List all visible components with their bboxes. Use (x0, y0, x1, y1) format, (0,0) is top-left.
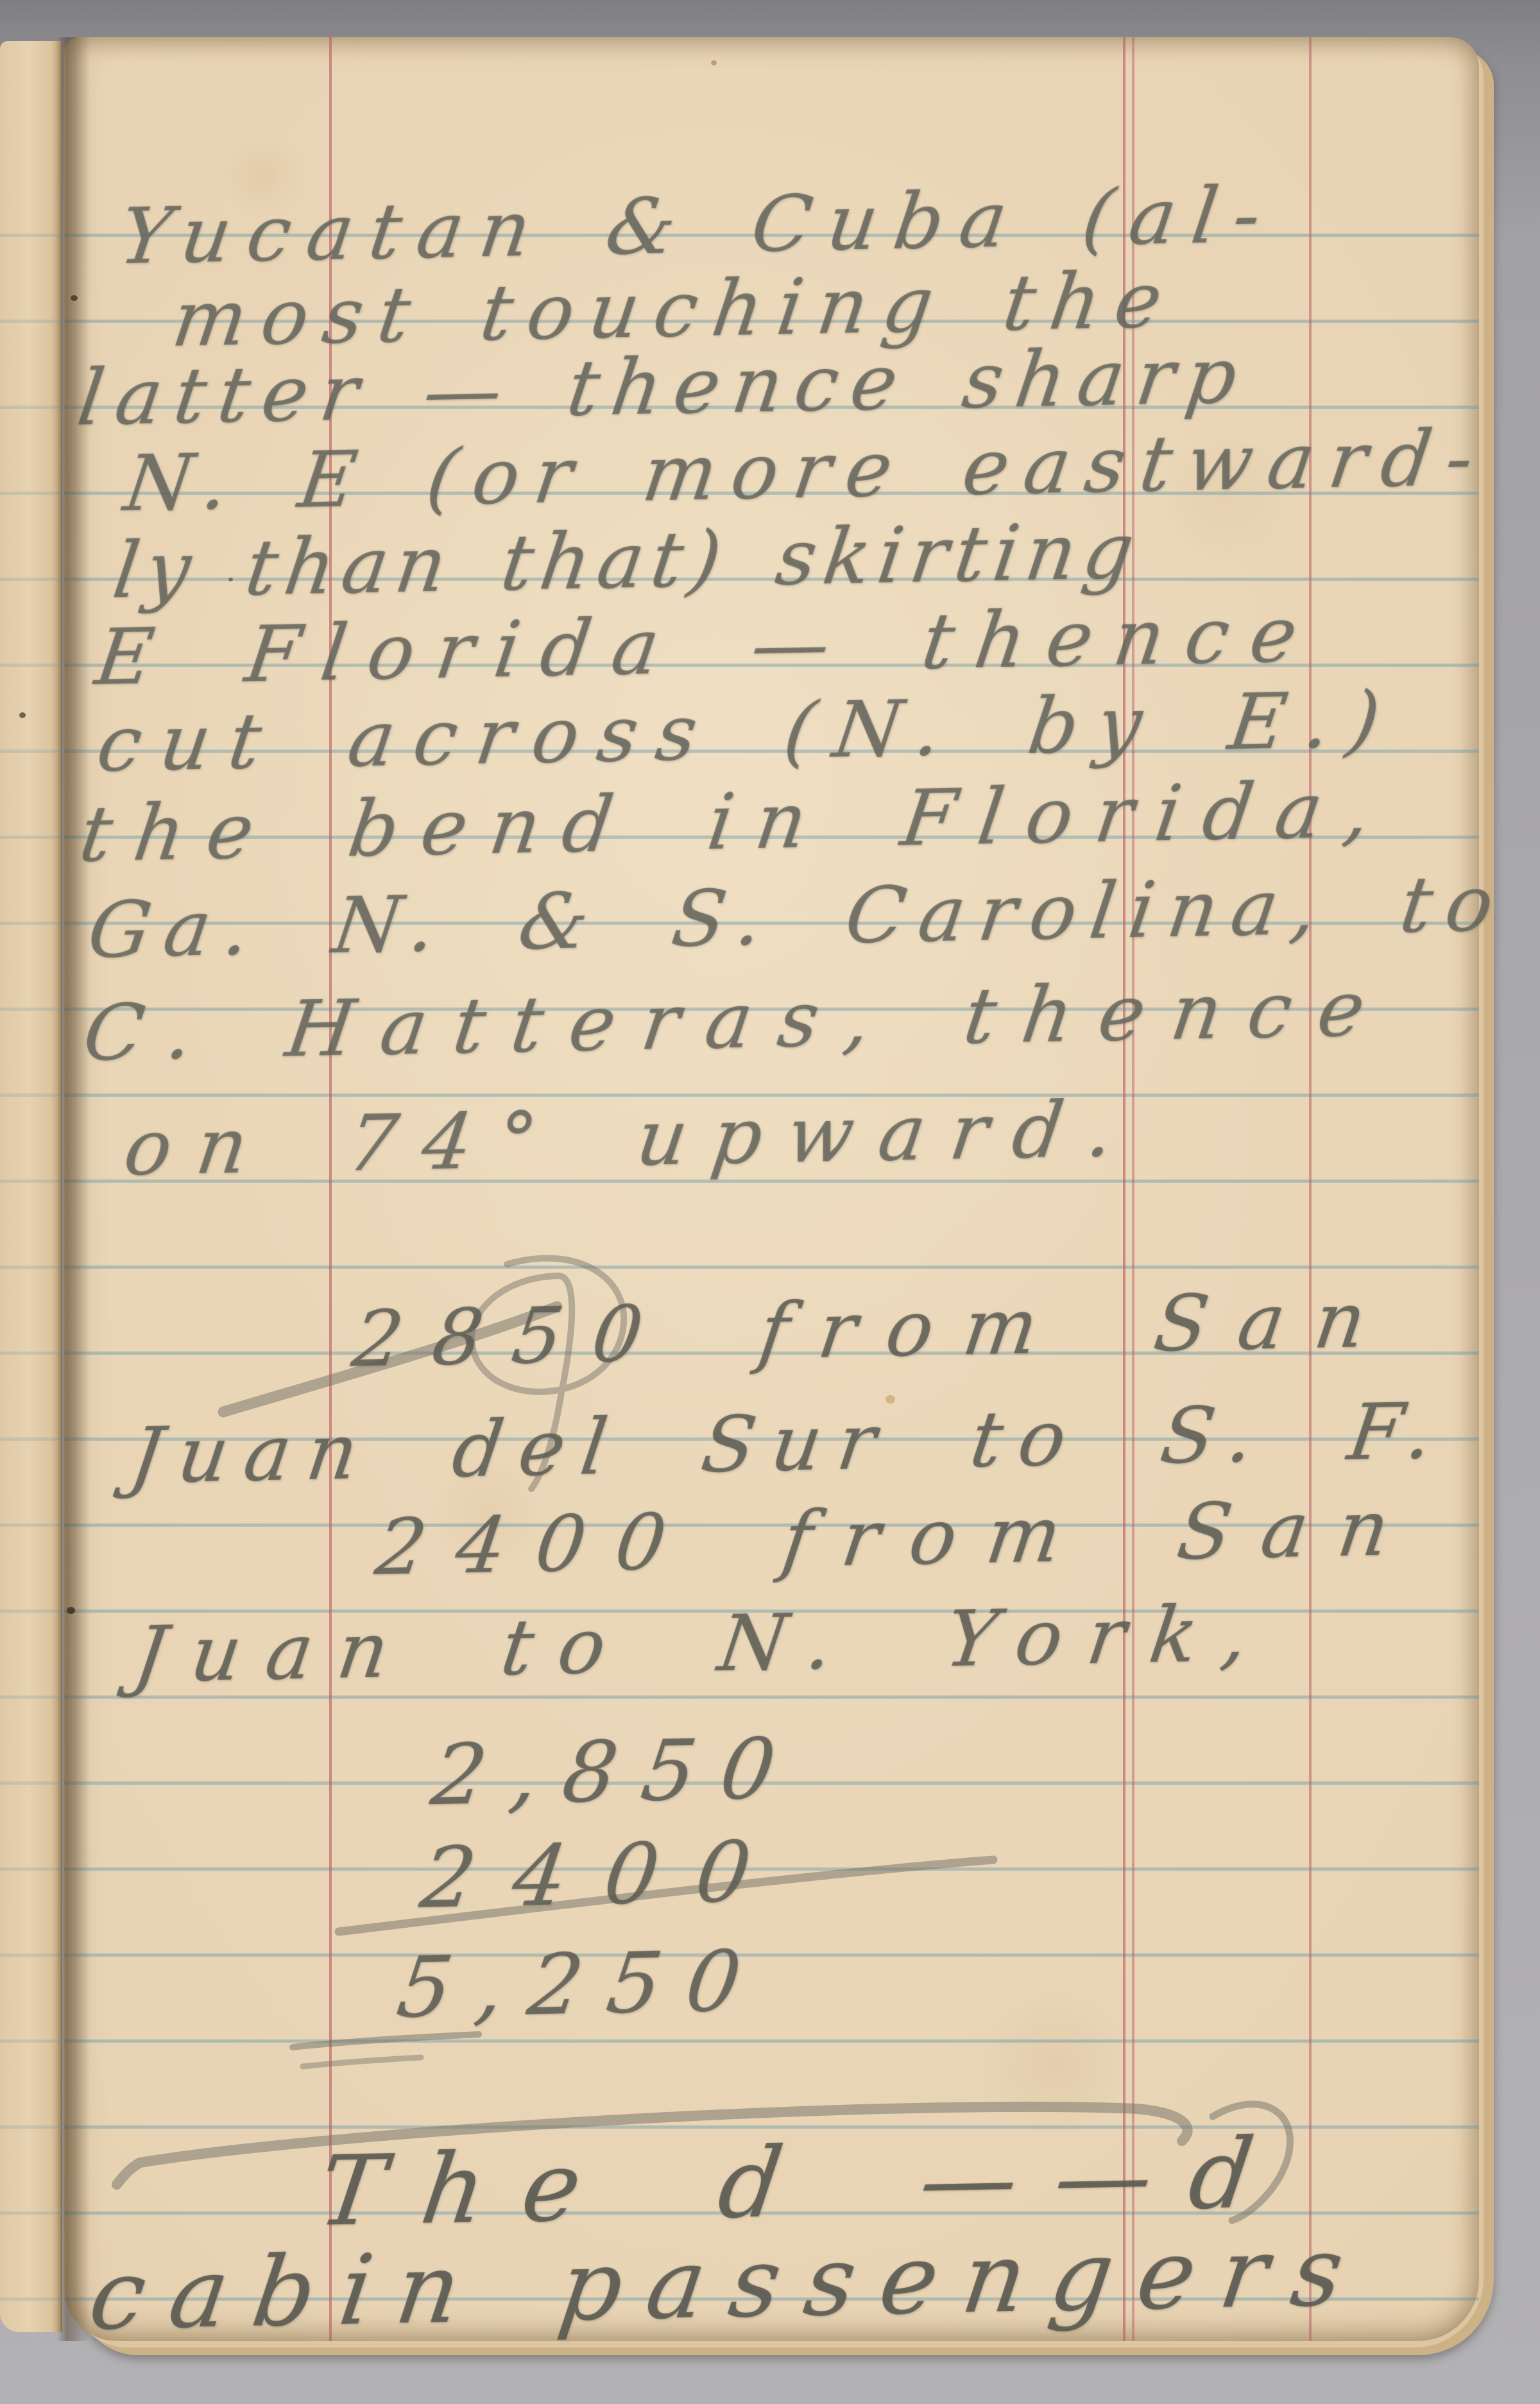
handwriting-line-17: 2400 (416, 1829, 794, 1919)
previous-page-ruled-lines (0, 234, 62, 2306)
ink-speck (19, 712, 26, 718)
rust-fleck (886, 1395, 895, 1404)
handwriting-line-13: Juan del Sur to S. F. (126, 1393, 1454, 1495)
handwriting-line-11: on 74° upward. (120, 1091, 1144, 1188)
ink-speck (71, 295, 78, 301)
handwriting-line-5: ly than that) skirting (108, 513, 1145, 610)
handwriting-line-15: Juan to N. York, (130, 1595, 1278, 1694)
handwriting-line-14: 2400 from San (372, 1490, 1425, 1587)
handwriting-line-12: 2850 from San (348, 1282, 1401, 1379)
handwriting-line-18: 5,250 (393, 1939, 771, 2029)
rust-fleck (711, 60, 717, 65)
ink-speck (67, 1607, 75, 1614)
scanned-photo-backdrop: { "page": { "lines": [ {"text": "Yucatan… (0, 0, 1540, 2404)
handwriting-line-10: C. Hatteras, thence (79, 970, 1396, 1072)
handwriting-line-16: 2,850 (427, 1726, 806, 1817)
notebook-page: Yucatan & Cuba (al- most touching the la… (64, 37, 1479, 2341)
handwriting-line-4: N. E (or more eastward- (120, 420, 1493, 523)
ink-speck (228, 578, 233, 581)
handwriting-line-9: Ga. N. & S. Carolina, to (83, 866, 1512, 970)
handwriting-layer: Yucatan & Cuba (al- most touching the la… (47, 21, 1506, 2352)
handwriting-line-8: the bend in Florida, (75, 771, 1398, 874)
handwriting-line-20: cabin passengers (84, 2223, 1374, 2344)
